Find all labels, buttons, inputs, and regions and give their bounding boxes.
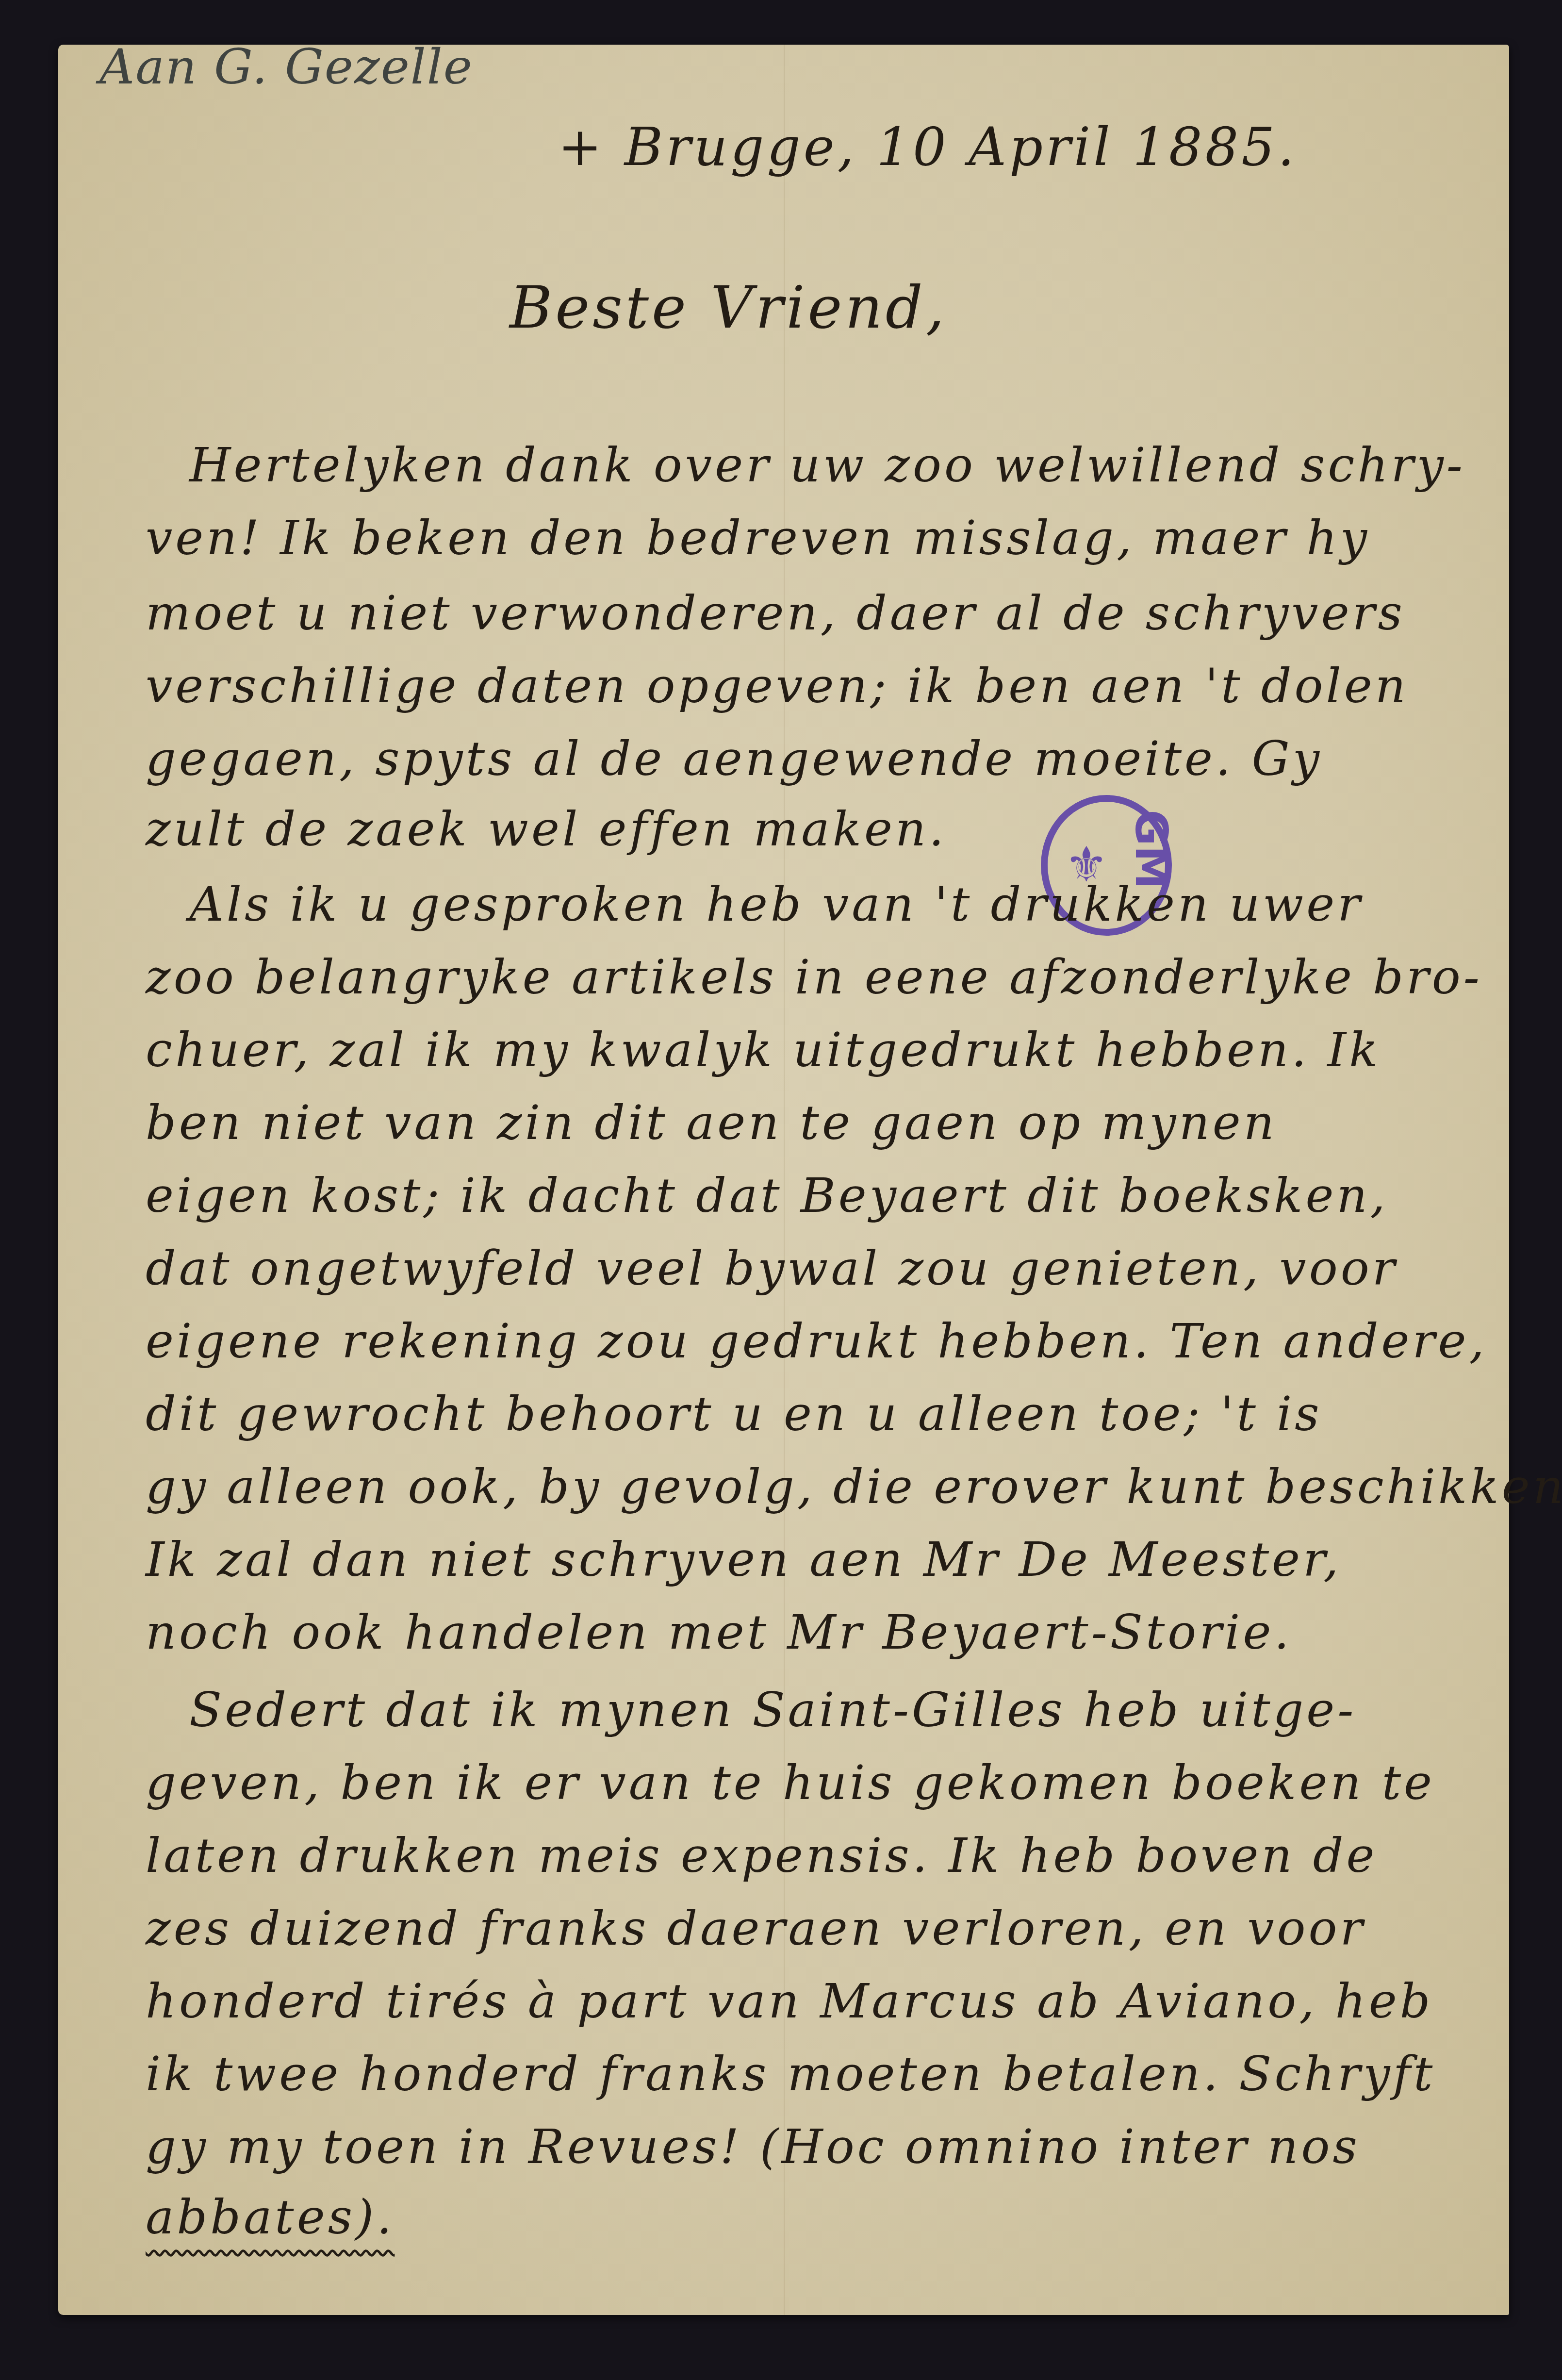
letter-line: gy alleen ook, by gevolg, die erover kun… [146,1463,1562,1511]
letter-line: laten drukken meis expensis. Ik heb bove… [146,1832,1378,1880]
letter-line: ven! Ik beken den bedreven misslag, maer… [146,514,1370,562]
letter-line: dat ongetwyfeld veel bywal zou genieten,… [146,1245,1398,1292]
letter-line: Ik zal dan niet schryven aen Mr De Meest… [146,1536,1341,1584]
letter-line: eigene rekening zou gedrukt hebben. Ten … [146,1318,1487,1365]
letter-line: ik twee honderd franks moeten betalen. S… [146,2050,1435,2098]
letter-line: dit gewrocht behoort u en u alleen toe; … [146,1390,1322,1438]
letter-line: abbates). [146,2194,395,2241]
letter-line: geven, ben ik er van te huis gekomen boe… [146,1759,1435,1807]
letter-line: ben niet van zin dit aen te gaen op myne… [146,1099,1277,1147]
letter-line: gy my toen in Revues! (Hoc omnino inter … [146,2123,1360,2171]
salutation: Beste Vriend, [510,279,947,337]
letter-line: honderd tirés à part van Marcus ab Avian… [146,1978,1433,2025]
letter-line: zes duizend franks daeraen verloren, en … [146,1905,1365,1952]
letter-line: gegaen, spyts al de aengewende moeite. G… [146,735,1322,783]
letter-line: verschillige daten opgeven; ik ben aen '… [146,662,1409,710]
dateline: + Brugge, 10 April 1885. [558,121,1297,174]
letter-line: noch ook handelen met Mr Beyaert-Storie. [146,1609,1292,1656]
letter-line: Hertelyken dank over uw zoo welwillend s… [189,442,1465,489]
pencil-annotation: Aan G. Gezelle [99,43,473,91]
letter-line: Als ik u gesproken heb van 't drukken uw… [189,881,1363,928]
letter-line: zoo belangryke artikels in eene afzonder… [146,954,1482,1001]
letter-line: eigen kost; ik dacht dat Beyaert dit boe… [146,1172,1388,1220]
letter-line: chuer, zal ik my kwalyk uitgedrukt hebbe… [146,1026,1381,1074]
letter-line: zult de zaek wel effen maken. [146,806,947,853]
letter-line: Sedert dat ik mynen Saint-Gilles heb uit… [189,1686,1356,1734]
letter-line: moet u niet verwonderen, daer al de schr… [146,590,1405,637]
